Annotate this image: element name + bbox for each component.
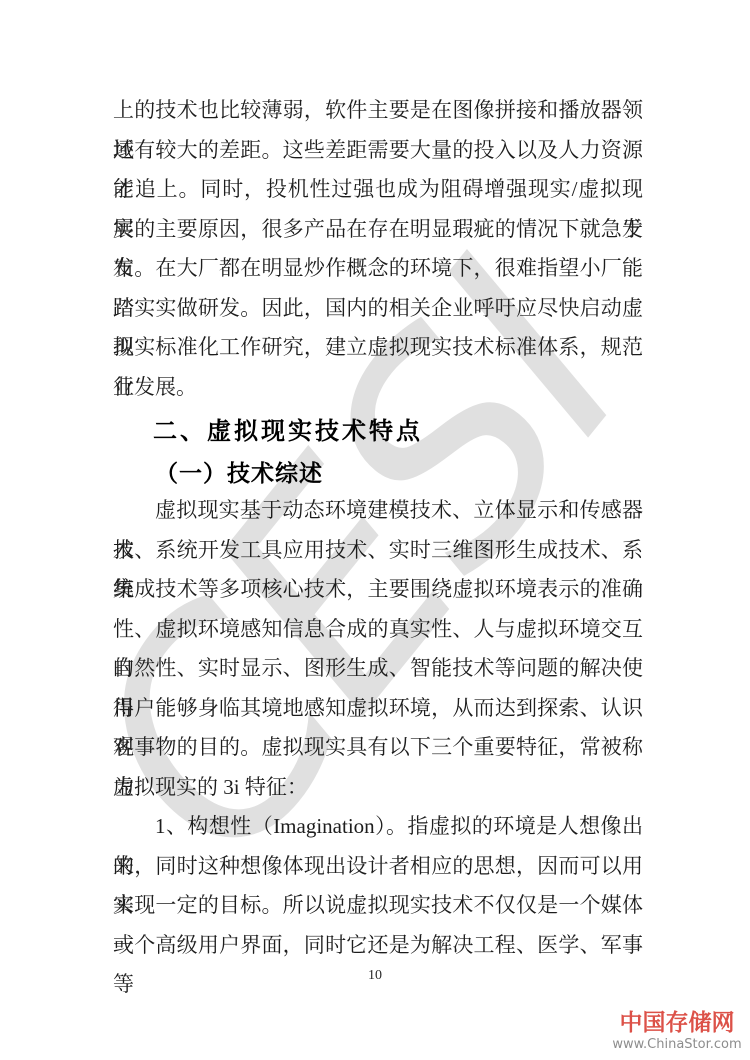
section-heading: 二、虚拟现实技术特点 bbox=[153, 411, 423, 446]
body-line: 一个高级用户界面，同时它还是为解决工程、医学、军事等 bbox=[113, 926, 643, 966]
body-line: 的，同时这种想像体现出设计者相应的思想，因而可以用来 bbox=[113, 847, 643, 887]
paragraph-imagination: 1、构想性（Imagination）。指虚拟的环境是人想像出来 的，同时这种想像… bbox=[113, 807, 643, 965]
paragraph-tech-overview: 虚拟现实基于动态环境建模技术、立体显示和传感器技 术、系统开发工具应用技术、实时… bbox=[113, 491, 643, 807]
body-line: 布。在大厂都在明显炒作概念的环境下，很难指望小厂能踏 bbox=[113, 249, 643, 289]
chinastor-logo-title: 中国存储网 bbox=[606, 1011, 748, 1036]
chinastor-logo-url: www.ChinaStor.com bbox=[606, 1038, 748, 1052]
body-line: 虚拟现实的 3i 特征： bbox=[113, 768, 643, 808]
body-line: 踏实实做研发。因此，国内的相关企业呼吁应尽快启动虚拟 bbox=[113, 289, 643, 329]
body-line: 用户能够身临其境地感知虚拟环境，从而达到探索、认识客 bbox=[113, 689, 643, 729]
page-content: 上的技术也比较薄弱，软件主要是在图像拼接和播放器领域 还有较大的差距。这些差距需… bbox=[0, 0, 750, 1060]
subsection-heading: （一）技术综述 bbox=[155, 455, 323, 488]
chinastor-logo: 中国存储网 www.ChinaStor.com bbox=[606, 1011, 748, 1052]
document-page: CESI 上的技术也比较薄弱，软件主要是在图像拼接和播放器领域 还有较大的差距。… bbox=[0, 0, 750, 1060]
body-line: 展的主要原因，很多产品在存在明显瑕疵的情况下就急于发 bbox=[113, 210, 643, 250]
body-line: 业发展。 bbox=[113, 368, 643, 408]
body-line: 集成技术等多项核心技术，主要围绕虚拟环境表示的准确 bbox=[113, 570, 643, 610]
body-line: 现实标准化工作研究，建立虚拟现实技术标准体系，规范行 bbox=[113, 328, 643, 368]
body-line: 虚拟现实基于动态环境建模技术、立体显示和传感器技 bbox=[113, 491, 643, 531]
body-line: 还有较大的差距。这些差距需要大量的投入以及人力资源才 bbox=[113, 131, 643, 171]
body-line: 观事物的目的。虚拟现实具有以下三个重要特征，常被称为 bbox=[113, 728, 643, 768]
page-number: 10 bbox=[0, 968, 750, 984]
paragraph-continuation: 上的技术也比较薄弱，软件主要是在图像拼接和播放器领域 还有较大的差距。这些差距需… bbox=[113, 91, 643, 407]
body-line: 实现一定的目标。所以说虚拟现实技术不仅仅是一个媒体或 bbox=[113, 886, 643, 926]
body-line: 1、构想性（Imagination）。指虚拟的环境是人想像出来 bbox=[113, 807, 643, 847]
body-line: 上的技术也比较薄弱，软件主要是在图像拼接和播放器领域 bbox=[113, 91, 643, 131]
body-line: 性、虚拟环境感知信息合成的真实性、人与虚拟环境交互的 bbox=[113, 610, 643, 650]
body-line: 自然性、实时显示、图形生成、智能技术等问题的解决使得 bbox=[113, 649, 643, 689]
body-line: 能追上。同时，投机性过强也成为阻碍增强现实/虚拟现实发 bbox=[113, 170, 643, 210]
body-line: 术、系统开发工具应用技术、实时三维图形生成技术、系统 bbox=[113, 531, 643, 571]
